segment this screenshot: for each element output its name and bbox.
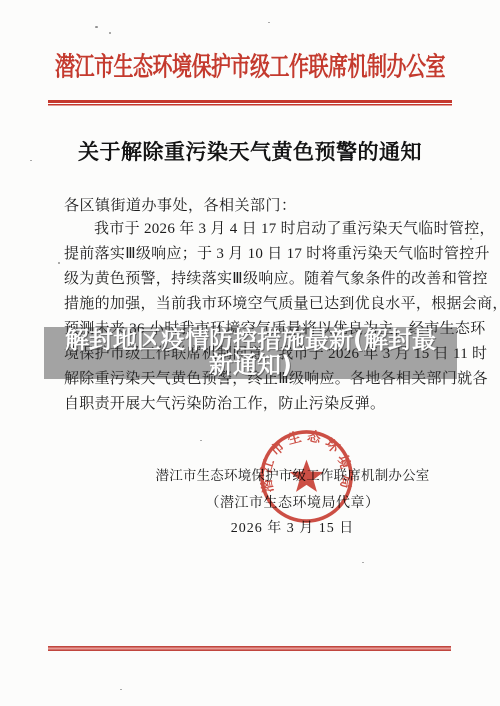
- letterhead-rule: [48, 100, 452, 106]
- scan-speck: [95, 26, 98, 28]
- scanned-notice-page: 潜江市生态环境保护市级工作联席机制办公室 关于解除重污染天气黄色预警的通知 各区…: [0, 0, 500, 706]
- body-line: 级为黄色预警，持续落实Ⅲ级响应。随着气象条件的改善和管控: [64, 267, 456, 292]
- watermark-banner: 解封地区疫情防控措施最新(解封最 新通知): [44, 327, 457, 379]
- seal-star: [290, 460, 324, 492]
- body-line: 措施的加强，当前我市环境空气质量已达到优良水平，根据会商，: [64, 292, 456, 317]
- scan-speck: [200, 440, 202, 441]
- body-paragraph: 我市于 2026 年 3 月 4 日 17 时启动了重污染天气临时管控， 提前落…: [64, 217, 456, 417]
- letterhead-office-name: 潜江市生态环境保护市级工作联席机制办公室: [55, 45, 445, 83]
- footer-rule: [48, 646, 451, 651]
- scan-speck: [30, 160, 32, 161]
- watermark-line-1: 解封地区疫情防控措施最新(解封最: [65, 328, 436, 353]
- scan-speck: [109, 32, 111, 34]
- document-title: 关于解除重污染天气黄色预警的通知: [0, 136, 500, 166]
- letterhead: 潜江市生态环境保护市级工作联席机制办公室: [0, 50, 500, 79]
- body-line: 我市于 2026 年 3 月 4 日 17 时启动了重污染天气临时管控，: [64, 217, 456, 242]
- watermark-line-2: 新通知): [209, 353, 292, 378]
- scan-speck: [120, 689, 122, 690]
- scan-speck: [268, 22, 270, 23]
- scan-speck: [470, 238, 472, 240]
- official-seal: 潜江市生态环境局: [257, 427, 356, 526]
- body-line: 提前落实Ⅲ级响应；于 3 月 10 日 17 时将重污染天气临时管控升: [64, 242, 456, 267]
- body-line: 自职责开展大气污染防治工作，防止污染反弹。: [64, 392, 456, 417]
- salutation: 各区镇街道办事处，各相关部门：: [64, 194, 297, 215]
- scan-speck: [58, 262, 60, 264]
- scan-speck: [362, 562, 364, 563]
